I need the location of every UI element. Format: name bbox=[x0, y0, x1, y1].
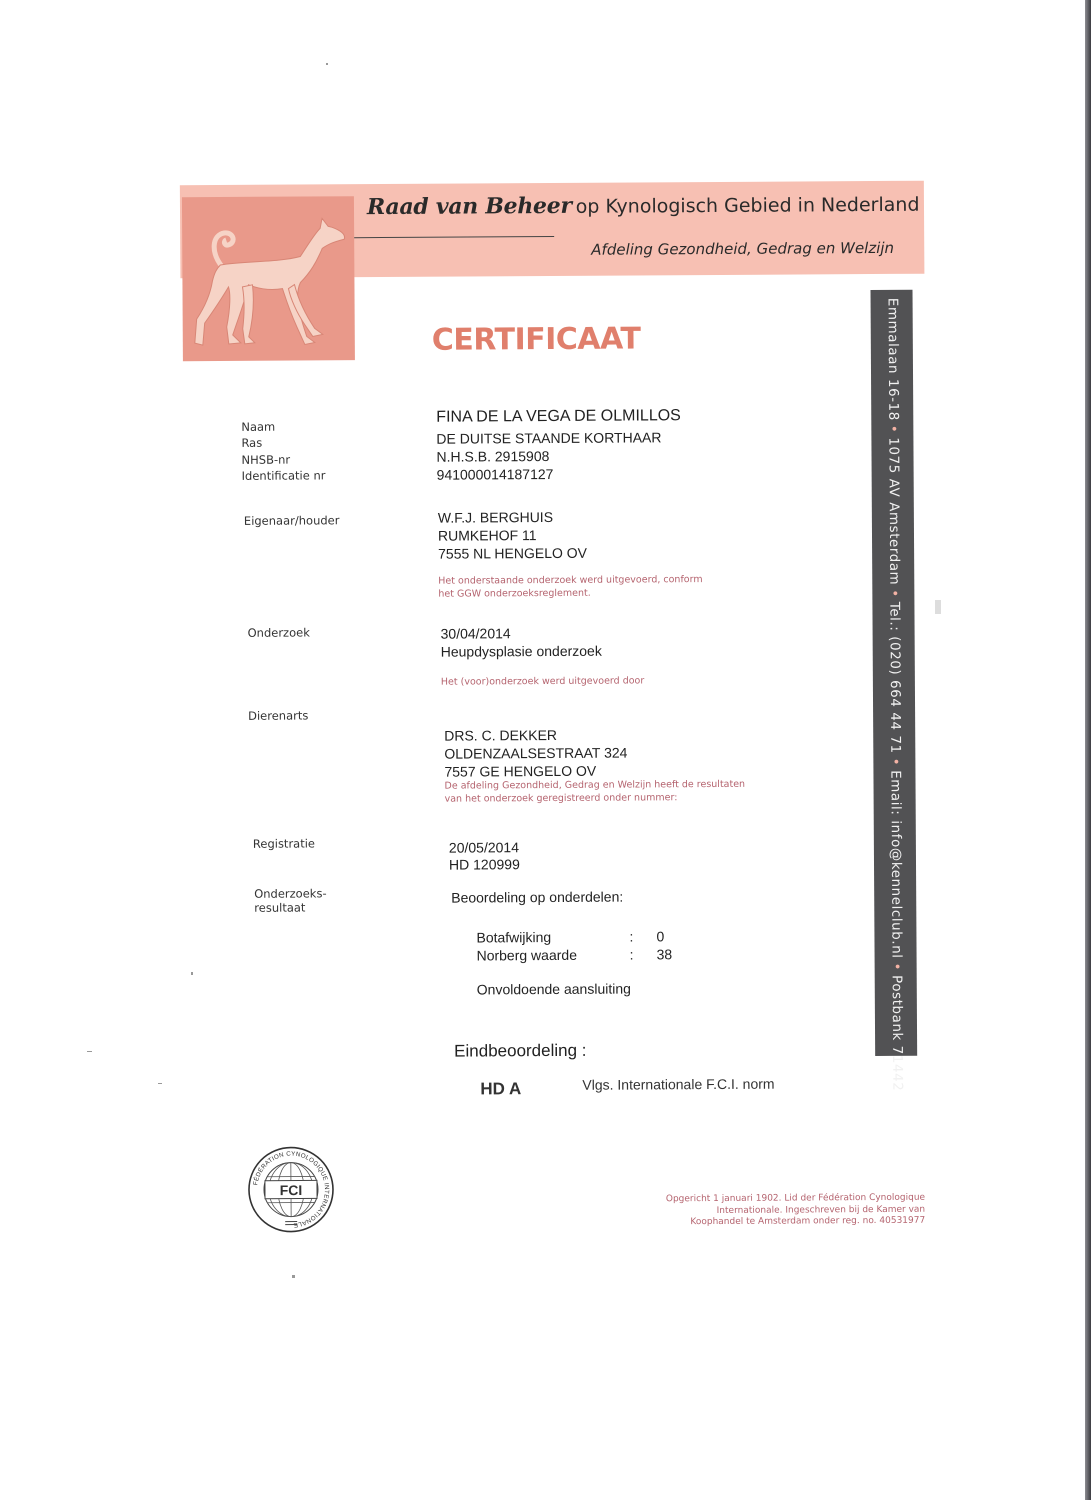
registered-note-line1: De afdeling Gezondheid, Gedrag en Welzij… bbox=[444, 778, 745, 793]
dog-breed: DE DUITSE STAANDE KORTHAAR bbox=[436, 429, 661, 446]
dog-identification: 941000014187127 bbox=[437, 466, 554, 483]
certificate-page: Raad van Beheerop Kynologisch Gebied in … bbox=[0, 0, 1091, 1500]
final-norm: Vlgs. Internationale F.C.I. norm bbox=[582, 1076, 774, 1093]
conform-note: Het onderstaande onderzoek werd uitgevoe… bbox=[438, 573, 702, 601]
label-name: Naam bbox=[241, 420, 275, 434]
result-row-colon: : bbox=[629, 928, 633, 944]
result-row-botafwijking: Botafwijking : 0 bbox=[476, 929, 551, 945]
result-row-value: 38 bbox=[657, 946, 673, 962]
owner-city: 7555 NL HENGELO OV bbox=[438, 545, 587, 562]
scan-speck bbox=[158, 1083, 162, 1084]
page-title: CERTIFICAAT bbox=[432, 321, 641, 357]
conform-note-line1: Het onderstaande onderzoek werd uitgevoe… bbox=[438, 573, 702, 588]
registered-note-line2: van het onderzoek geregistreerd onder nu… bbox=[445, 791, 746, 806]
label-result-line1: Onderzoeks- bbox=[254, 886, 326, 900]
label-vet: Dierenarts bbox=[248, 708, 308, 722]
contact-bar: Emmalaan 16-18•1075 AV Amsterdam•Tel.: (… bbox=[871, 290, 918, 1056]
label-nhsb: NHSB-nr bbox=[241, 453, 290, 467]
examination-date: 30/04/2014 bbox=[441, 625, 511, 641]
vet-name: DRS. C. DEKKER bbox=[444, 727, 557, 744]
owner-street: RUMKEHOF 11 bbox=[438, 527, 537, 544]
dog-nhsb: N.H.S.B. 2915908 bbox=[436, 448, 549, 465]
conform-note-line2: het GGW onderzoeksreglement. bbox=[438, 586, 702, 601]
contact-email: Email: info@kennelclub.nl bbox=[887, 770, 903, 958]
contact-postal: 1075 AV Amsterdam bbox=[885, 437, 901, 585]
final-grade: HD A bbox=[480, 1079, 521, 1099]
separator-dot-icon: • bbox=[889, 963, 904, 972]
result-row-name: Botafwijking bbox=[476, 929, 551, 945]
fci-logo-icon: FCI FÉDÉRATION CYNOLOGIQUE INTERNATIONAL… bbox=[247, 1145, 336, 1238]
department-name: Afdeling Gezondheid, Gedrag en Welzijn bbox=[591, 239, 894, 259]
dog-illustration-icon bbox=[182, 196, 355, 361]
result-heading: Beoordeling op onderdelen: bbox=[451, 889, 623, 906]
scan-speck bbox=[935, 600, 941, 614]
organization-name: Raad van Beheerop Kynologisch Gebied in … bbox=[367, 191, 920, 220]
contact-text: Emmalaan 16-18•1075 AV Amsterdam•Tel.: (… bbox=[885, 298, 905, 1058]
result-row-colon: : bbox=[630, 946, 634, 962]
result-row-norberg: Norberg waarde : 38 bbox=[477, 947, 577, 964]
vet-city: 7557 GE HENGELO OV bbox=[444, 763, 596, 780]
contact-postbank: Postbank 71442 bbox=[889, 975, 905, 1091]
separator-dot-icon: • bbox=[886, 589, 901, 598]
organization-name-italic: Raad van Beheer bbox=[367, 193, 572, 220]
separator-dot-icon: • bbox=[885, 425, 900, 434]
label-examination: Onderzoek bbox=[248, 625, 310, 639]
result-remark: Onvoldoende aansluiting bbox=[477, 981, 631, 998]
separator-dot-icon: • bbox=[887, 758, 902, 767]
examination-type: Heupdysplasie onderzoek bbox=[441, 643, 602, 660]
dog-name: FINA DE LA VEGA DE OLMILLOS bbox=[436, 407, 681, 426]
label-breed: Ras bbox=[241, 436, 262, 450]
final-assessment-label: Eindbeoordeling : bbox=[454, 1041, 586, 1062]
label-result-line2: resultaat bbox=[254, 900, 326, 914]
registration-date: 20/05/2014 bbox=[449, 839, 519, 855]
footer-line3: Koophandel te Amsterdam onder reg. no. 4… bbox=[643, 1216, 925, 1229]
scan-speck bbox=[87, 1051, 92, 1052]
scan-speck bbox=[292, 1275, 295, 1278]
footer-line1: Opgericht 1 januari 1902. Lid der Fédéra… bbox=[643, 1193, 925, 1206]
label-identification: Identificatie nr bbox=[242, 468, 326, 483]
fci-logo-text: FCI bbox=[280, 1182, 303, 1198]
organization-name-rest: op Kynologisch Gebied in Nederland bbox=[576, 194, 920, 218]
scan-speck bbox=[191, 972, 193, 975]
registration-number: HD 120999 bbox=[449, 856, 520, 872]
scan-speck bbox=[326, 63, 328, 65]
owner-name: W.F.J. BERGHUIS bbox=[438, 509, 553, 526]
label-owner: Eigenaar/houder bbox=[244, 513, 340, 528]
label-registration: Registratie bbox=[253, 836, 315, 850]
result-row-name: Norberg waarde bbox=[477, 947, 577, 964]
label-result: Onderzoeks- resultaat bbox=[254, 886, 327, 914]
performed-by-note: Het (voor)onderzoek werd uitgevoerd door bbox=[441, 674, 644, 688]
registered-note: De afdeling Gezondheid, Gedrag en Welzij… bbox=[444, 778, 745, 806]
result-row-value: 0 bbox=[656, 928, 664, 944]
footer-note: Opgericht 1 januari 1902. Lid der Fédéra… bbox=[643, 1193, 925, 1229]
vet-street: OLDENZAALSESTRAAT 324 bbox=[444, 745, 627, 762]
contact-phone: Tel.: (020) 664 44 71 bbox=[886, 602, 902, 754]
contact-address: Emmalaan 16-18 bbox=[885, 298, 901, 421]
